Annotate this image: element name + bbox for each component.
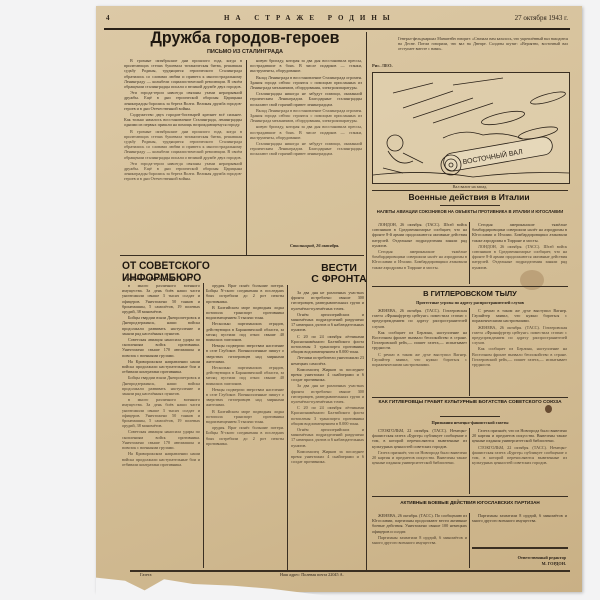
paragraph: Содружество двух городов-богатырей крепн… [124,112,242,128]
caricature-illustration: ВОСТОЧНЫЙ ВАЛ [372,72,570,184]
paragraph: СТОКГОЛЬМ, 22 октября. (ТАСС). Немецко-ф… [472,445,567,466]
section-divider [372,190,568,191]
footer-imprint: Газета [140,572,151,577]
italy-col2: Сегодня американские тяжёлые бомбардиров… [472,222,567,284]
page-number: 4 [106,14,110,22]
paragraph: Немцы подвергли зверствам население в се… [206,387,284,408]
headline-italy: Военные действия в Италии [366,192,572,202]
italy-col1: ЛОНДОН, 26 октября. (ТАСС). Штаб войск с… [372,222,467,284]
paragraph: В Балтийском море подводная лодка потопи… [206,305,284,321]
column-divider [246,60,247,255]
main-article-col2: новую бригаду, которая за два дня восста… [250,58,362,238]
yugoslavia-col1: ЖЕНЕВА, 26 октября. (ТАСС). По сообщению… [372,513,467,568]
short-rule [440,416,500,417]
paragraph: Газета признаёт, что из Новгорода было в… [372,450,467,466]
paragraph: Огнём артиллерийских и миномётных подраз… [291,312,364,333]
masthead-title: НА СТРАЖЕ РОДИНЫ [224,14,396,22]
footer-address: Наш адрес: Полевая почта 22045 А. [280,572,344,577]
eastern-wall-cartoon-icon: ВОСТОЧНЫЙ ВАЛ [373,73,569,183]
column-divider [366,32,367,572]
paragraph: ЛОНДОН, 26 октября. (ТАСС). Штаб войск с… [372,222,467,248]
paragraph: орудия. Враг понёс большие потери. Бойцы… [206,283,284,304]
paragraph: За два дня не различных участках фронта … [291,383,364,404]
paragraph: Как сообщает из Берлина, наступление на … [472,346,567,367]
headline-yugoslav-partisans: АКТИВНЫЕ БОЕВЫЕ ДЕЙСТВИЯ ЮГОСЛАВСКИХ ПАР… [372,500,568,506]
paragraph: в много различного военного имущества. З… [122,283,200,314]
paragraph: Бойцы гвардии взяли Днепропетровск и Дне… [122,315,200,336]
continuation-note: (Окончание. Начало см. на 1-й стр.) [124,276,192,281]
headline-friendship: Дружба городов-героев [137,28,353,48]
paragraph: новую бригаду, которая за два дня восста… [250,124,362,140]
column-divider [469,428,470,494]
main-article-col1: В грозные октябрьские дни прошлого года,… [124,58,242,254]
headline-nazi-rear: В ГИТЛЕРОВСКОМ ТЫЛУ [372,289,568,298]
section-divider [372,397,568,398]
paragraph: СТОКГОЛЬМ, 22 октября. (ТАСС). Немецко-ф… [372,428,467,449]
paragraph: Комсомолец Жирков за последнее время уни… [291,449,364,465]
nazi-rear-col1: ЖЕНЕВА, 26 октября. (ТАСС). Гитлеровская… [372,308,467,396]
paragraph: На Криворожском направлении наши войска … [122,359,200,375]
paragraph: Сегодня американские тяжёлые бомбардиров… [372,249,467,270]
paragraph: ЛОНДОН, 26 октября. (ТАСС). Штаб войск с… [472,244,567,270]
paragraph: Сегодня американские тяжёлые бомбардиров… [472,222,567,243]
column-divider [469,308,470,396]
paragraph: в много различного военного имущества. З… [122,397,200,428]
paragraph: В Балтийском море подводная лодка потопи… [206,409,284,425]
paragraph: С 20 по 24 октября лётчиками Краснознамё… [291,334,364,355]
subheadline-rumors: Протестные угрозы по адресу распространи… [372,300,568,305]
ink-spot [545,405,552,413]
paragraph: Вклад Ленинграда в восстановление Сталин… [250,75,362,91]
paragraph: ЖЕНЕВА, 26 октября. (ТАСС). Гитлеровская… [472,325,567,346]
paragraph: Эти города-герои навсегда связаны узами … [124,90,242,111]
paragraph: Немцы подвергли зверствам население в се… [206,343,284,364]
paragraph: С 20 по 24 октября лётчиками Краснознамё… [291,405,364,426]
headline-front-news: ВЕСТИ С ФРОНТА [300,263,378,285]
subheadline-letter: ПИСЬМО ИЗ СТАЛИНГРАДА [130,49,360,55]
subheadline-air-raids: НАЛЕТЫ АВИАЦИИ СОЮЗНИКОВ НА ОБЪЕКТЫ ПРОТ… [370,209,570,214]
paragraph: Партизаны захватили 8 орудий, 6 миномёто… [472,513,567,523]
paragraph: Вклад Ленинграда в восстановление Сталин… [250,108,362,124]
paragraph: новую бригаду, которая за два дня восста… [250,58,362,74]
headline-line: С ФРОНТА [300,274,378,285]
article-dateline: Сталинград, 26 октября. [290,243,339,248]
caricature-caption: Вал валит на запад. [372,184,568,189]
paragraph: Комсомолец Жирков за последнее время уни… [291,367,364,383]
paragraph: За два дня не различных участках фронта … [291,290,364,311]
paragraph: Сталинградцы никогда не забудут помощи, … [250,141,362,157]
yugoslavia-col2: Партизаны захватили 8 орудий, 6 миномёто… [472,513,567,543]
caricature-intro: Генерал-фельдмаршал Манштейн говорит: «С… [398,36,568,51]
section-divider [120,255,364,256]
paragraph: орудия. Враг понёс большие потери. Бойцы… [206,425,284,446]
paragraph: ЖЕНЕВА, 26 октября. (ТАСС). По сообщению… [372,513,467,534]
section-divider [372,496,568,497]
paragraph: В грозные октябрьские дни прошлого года,… [124,129,242,160]
issue-date: 27 октября 1943 г. [515,14,568,22]
paragraph: Огнём артиллерийских и миномётных подраз… [291,427,364,448]
paragraph: ЖЕНЕВА, 26 октября. (ТАСС). Гитлеровская… [372,308,467,329]
paragraph: В грозные октябрьские дни прошлого года,… [124,58,242,89]
figure-credit: Рис. ЛЕО. [372,63,393,68]
paragraph: Советская авиация наносила удары по скоп… [122,429,200,450]
paragraph: Несколько партизанских отрядов, действую… [206,321,284,342]
editor-credit: Ответственный редактор М. ГОРДОН. [470,555,566,566]
column-divider [469,222,470,284]
paragraph: Как сообщает из Берлина, наступление на … [372,330,467,351]
loot-col2: Газета признаёт, что из Новгорода было в… [472,428,567,494]
paragraph: С речью в таком же духе выступил Вагнер.… [472,308,567,324]
sovinformburo-col2: орудия. Враг понёс большие потери. Бойцы… [206,283,284,568]
editor-rule [472,547,568,549]
headline-cultural-loot: КАК ГИТЛЕРОВЦЫ ГРАБЯТ КУЛЬТУРНЫЕ БОГАТСТ… [372,400,568,406]
paragraph: Летчики истребители уничтожили 23 немецк… [291,355,364,365]
loot-col1: СТОКГОЛЬМ, 22 октября. (ТАСС). Немецко-ф… [372,428,467,494]
paragraph: Несколько партизанских отрядов, действую… [206,365,284,386]
paragraph: Эти города-герои навсегда связаны узами … [124,161,242,182]
paragraph: С речью в таком же духе выступил Вагнер.… [372,352,467,368]
paragraph: Бойцы гвардии взяли Днепропетровск и Дне… [122,375,200,396]
nazi-rear-col2: С речью в таком же духе выступил Вагнер.… [472,308,567,396]
subheadline-confession: Признания немецко-фашистской газеты [372,420,568,425]
editor-name: М. ГОРДОН. [470,561,566,567]
column-divider [287,285,288,570]
paragraph: Газета признаёт, что из Новгорода было в… [472,428,567,444]
sovinformburo-col1: в много различного военного имущества. З… [122,283,200,568]
paragraph: Партизаны захватили 8 орудий, 6 миномёто… [372,535,467,545]
column-divider [203,283,204,568]
paragraph: Советская авиация наносила удары по скоп… [122,337,200,358]
footer-rule [130,570,570,572]
front-news-column: За два дня не различных участках фронта … [291,290,364,568]
paragraph: Сталинградцы никогда не забудут помощи, … [250,91,362,107]
paragraph: На Криворожском направлении наши войска … [122,451,200,467]
section-divider [372,286,568,287]
short-rule [440,205,500,206]
